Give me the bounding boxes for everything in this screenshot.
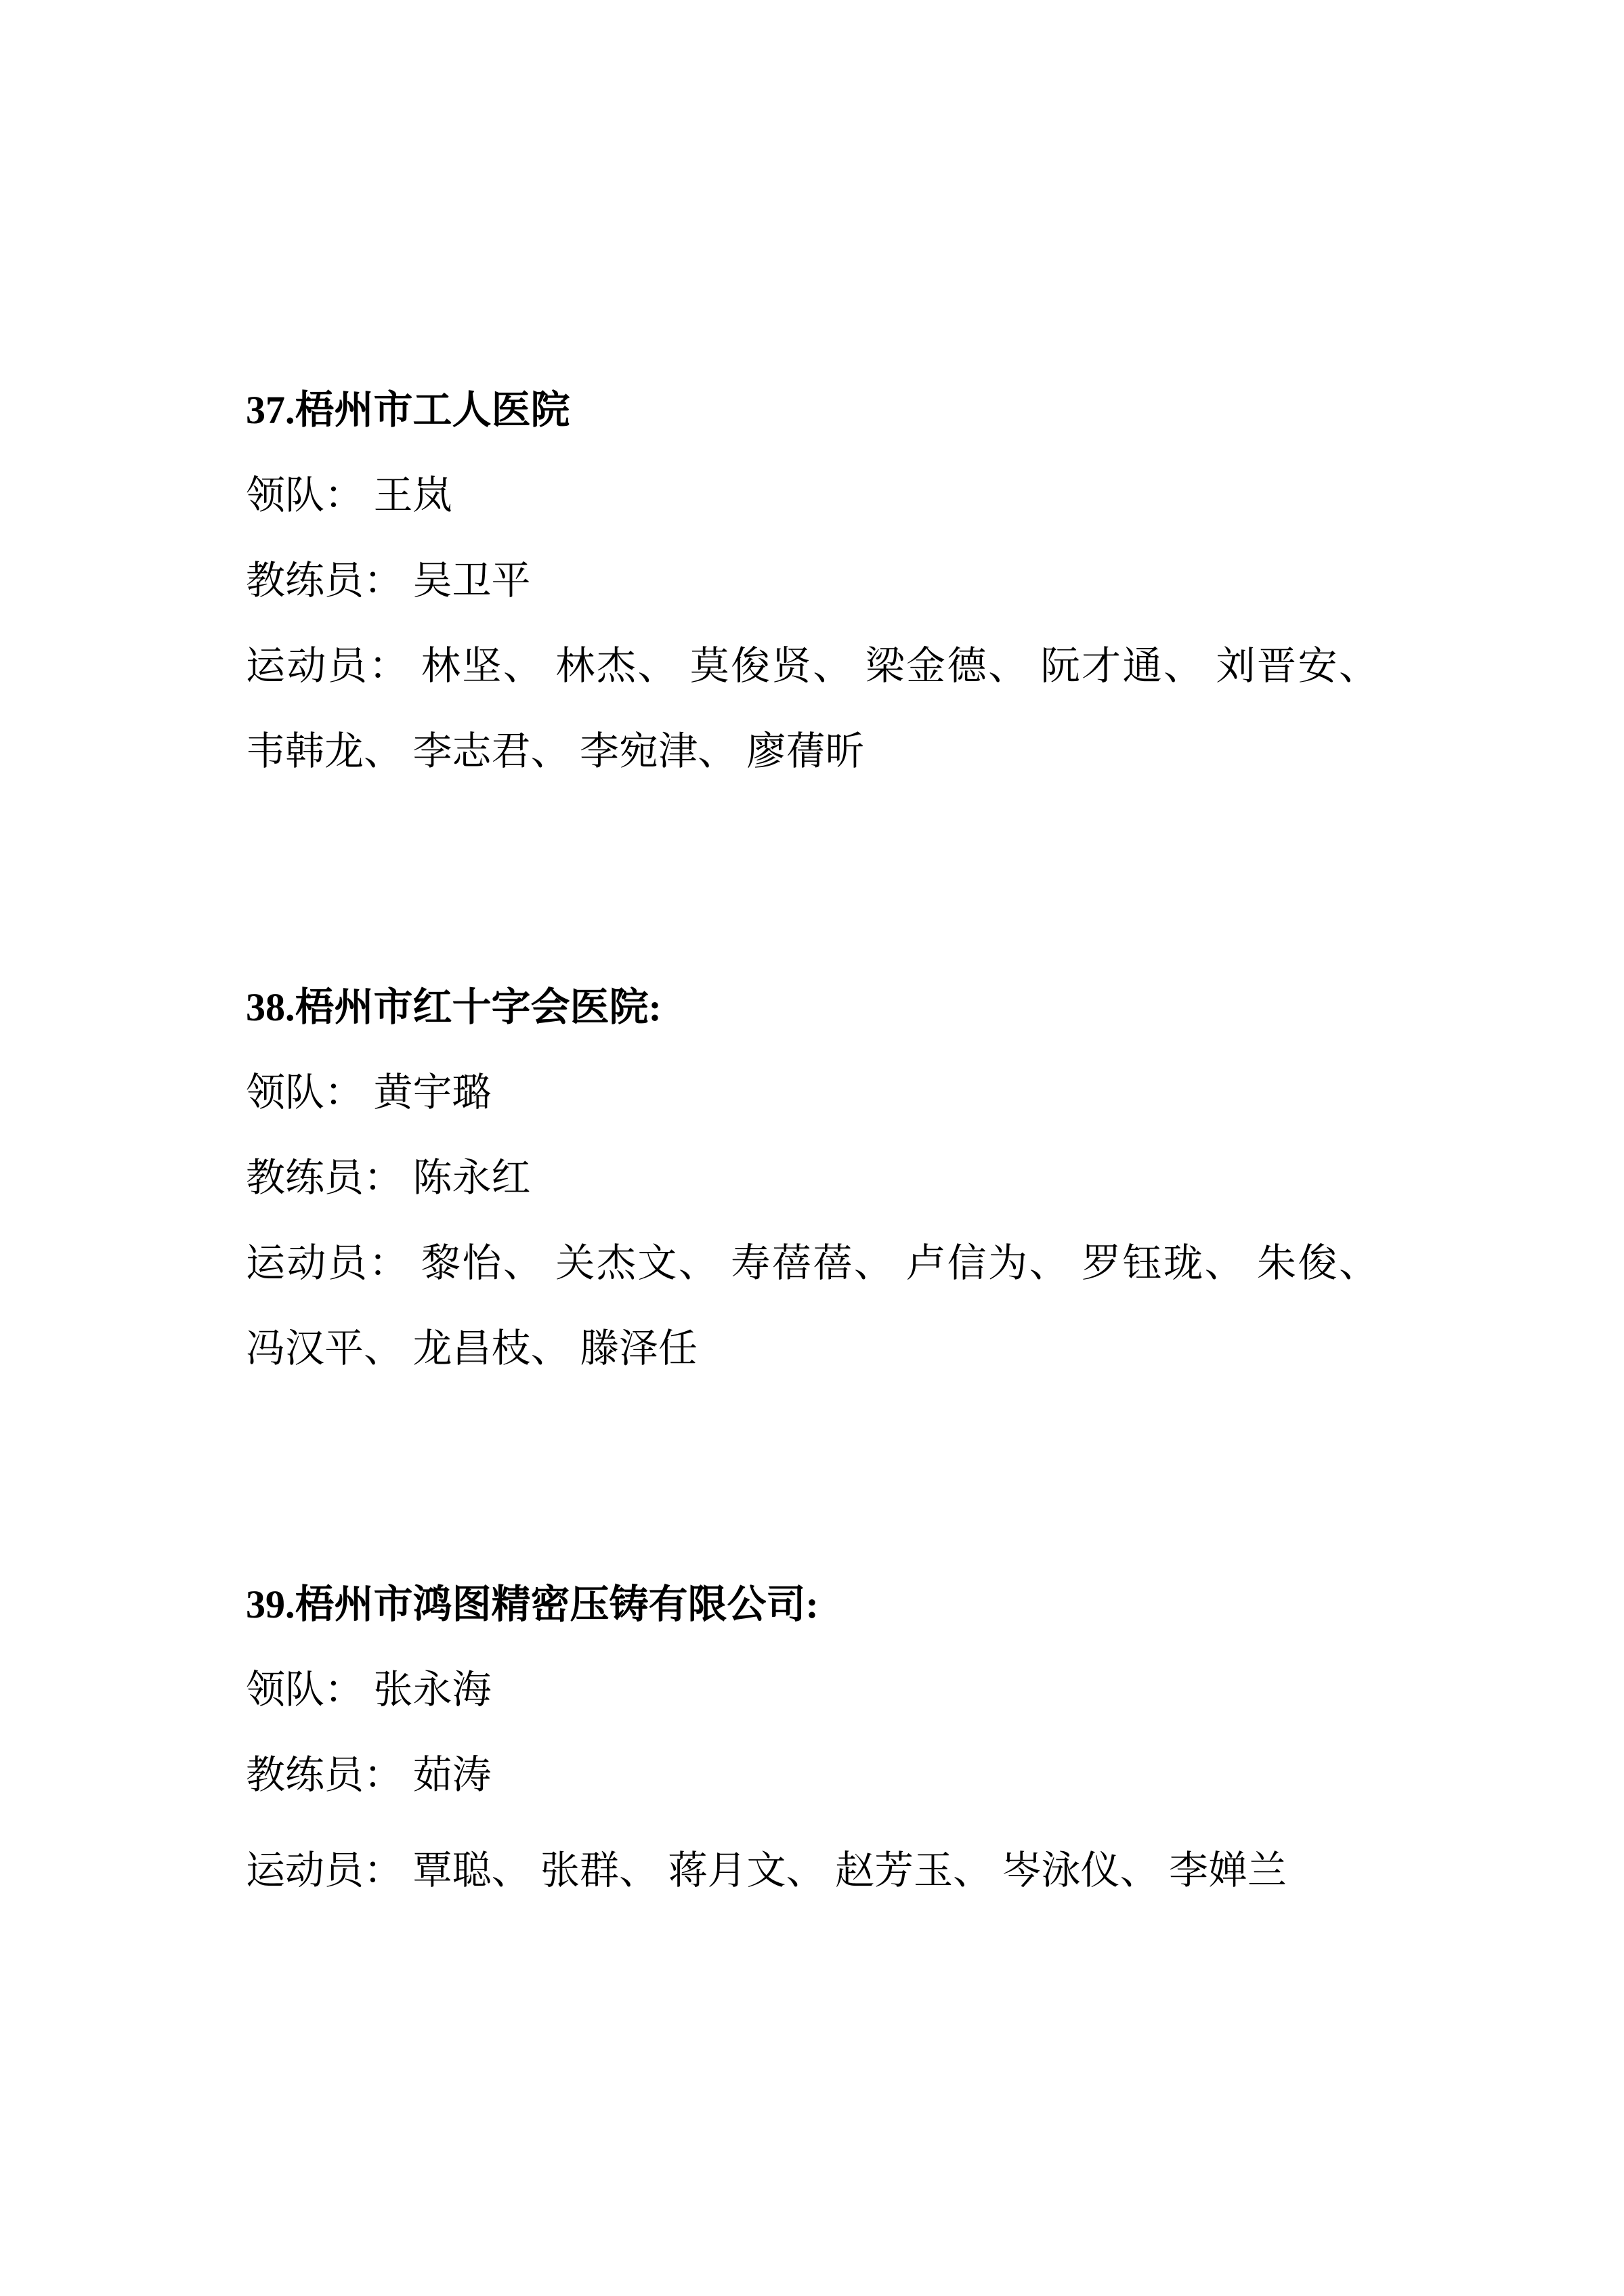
team-39-coach-line: 教练员： 茹涛	[246, 1733, 1378, 1818]
team-38-athletes-line: 运动员： 黎怡、 关杰文、 寿蓓蓓、 卢信为、 罗钰珑、 朱俊、	[246, 1221, 1378, 1306]
team-37-athletes-line: 运动员： 林坚、 林杰、 莫俊贤、 梁金德、 阮才通、 刘晋安、	[246, 624, 1378, 709]
team-38-heading: 38.梧州市红十字会医院:	[246, 965, 1378, 1050]
team-38-leader-line: 领队： 黄宇璐	[246, 1050, 1378, 1135]
team-38-athletes-line-continued: 冯汉平、 龙昌枝、 滕泽任	[246, 1306, 1378, 1391]
document-page: 37.梧州市工人医院 领队： 王岚 教练员： 吴卫平 运动员： 林坚、 林杰、 …	[0, 0, 1624, 2296]
team-37-coach-line: 教练员： 吴卫平	[246, 538, 1378, 624]
team-37-athletes-line-continued: 韦韩龙、 李志君、 李宛津、 廖蒨昕	[246, 709, 1378, 794]
team-37-heading: 37.梧州市工人医院	[246, 368, 1378, 453]
team-section-38: 38.梧州市红十字会医院: 领队： 黄宇璐 教练员： 陈永红 运动员： 黎怡、 …	[246, 965, 1378, 1391]
team-38-coach-line: 教练员： 陈永红	[246, 1135, 1378, 1221]
team-39-athletes-line: 运动员： 覃聪、 张群、 蒋月文、 赵芳玉、 岑泳仪、 李婵兰	[246, 1828, 1378, 1913]
team-39-leader-line: 领队： 张永海	[246, 1647, 1378, 1733]
team-section-37: 37.梧州市工人医院 领队： 王岚 教练员： 吴卫平 运动员： 林坚、 林杰、 …	[246, 368, 1378, 794]
team-37-leader-line: 领队： 王岚	[246, 453, 1378, 538]
team-section-39: 39.梧州市鸿图精密压铸有限公司: 领队： 张永海 教练员： 茹涛 运动员： 覃…	[246, 1562, 1378, 1913]
team-39-heading: 39.梧州市鸿图精密压铸有限公司:	[246, 1562, 1378, 1647]
